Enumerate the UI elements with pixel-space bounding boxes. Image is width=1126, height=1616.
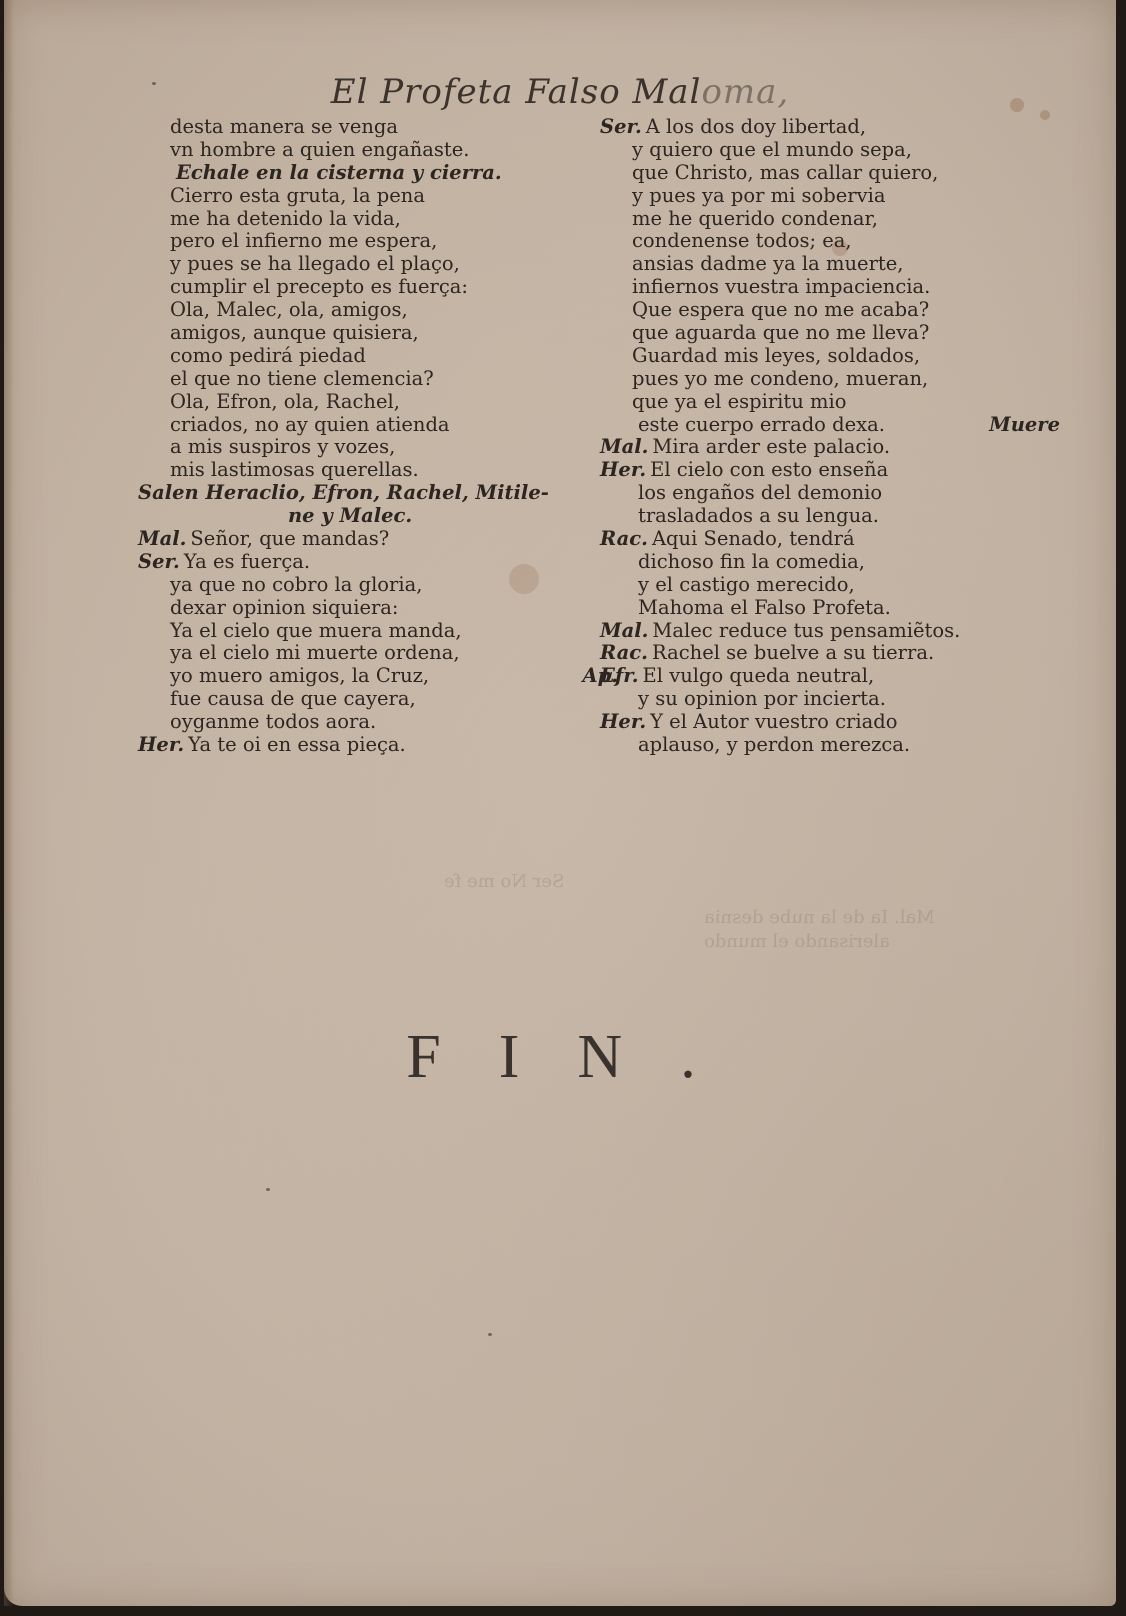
line-text: me he querido condenar, xyxy=(632,207,878,230)
line-text: como pedirá piedad xyxy=(170,344,366,367)
line-text: aplauso, y perdon merezca. xyxy=(638,733,910,756)
line-text: cumplir el precepto es fuerça: xyxy=(170,275,468,298)
verse-line: y pues ya por mi sobervia xyxy=(600,185,1020,208)
stage-direction: Echale en la cisterna y cierra. xyxy=(138,162,578,185)
ink-speck xyxy=(266,1188,270,1191)
line-text: fue causa de que cayera, xyxy=(170,687,416,710)
book-page: Mal. Ia de la nube desnia alerisando el … xyxy=(4,0,1116,1606)
verse-line: oyganme todos aora. xyxy=(138,711,578,734)
line-text: y quiero que el mundo sepa, xyxy=(632,138,912,161)
verse-line: Que espera que no me acaba? xyxy=(600,299,1020,322)
speaker-label: Her. xyxy=(600,458,646,481)
speaker-label: Mal. xyxy=(600,435,648,458)
verse-line: Ola, Efron, ola, Rachel, xyxy=(138,391,578,414)
page-edge-shadow xyxy=(4,0,14,1606)
line-text: vn hombre a quien engañaste. xyxy=(170,138,469,161)
right-column: Ser.A los dos doy libertad, y quiero que… xyxy=(600,116,1020,757)
speaker-label: Mal. xyxy=(600,619,648,642)
verse-line: que Christo, mas callar quiero, xyxy=(600,162,1020,185)
verse-line: Mahoma el Falso Profeta. xyxy=(600,597,1020,620)
verse-line: desta manera se venga xyxy=(138,116,578,139)
verse-line: aplauso, y perdon merezca. xyxy=(600,734,1020,757)
colophon-fin: FIN. xyxy=(4,1022,1116,1093)
speech-line: Mal.Señor, que mandas? xyxy=(138,528,578,551)
running-header: El Profeta Falso Maloma, xyxy=(4,72,1116,112)
speaker-label: Her. xyxy=(138,733,184,756)
line-text: y el castigo merecido, xyxy=(638,573,855,596)
show-through-text: Mal. Ia de la nube desnia xyxy=(704,906,935,929)
verse-line: y el castigo merecido, xyxy=(600,574,1020,597)
verse-line: este cuerpo errado dexa. Muere xyxy=(600,414,1020,437)
verse-line: ansias dadme ya la muerte, xyxy=(600,253,1020,276)
speech-line: Mal.Malec reduce tus pensamiẽtos. xyxy=(600,620,1020,643)
verse-line: Guardad mis leyes, soldados, xyxy=(600,345,1020,368)
verse-line: vn hombre a quien engañaste. xyxy=(138,139,578,162)
line-text: ya que no cobro la gloria, xyxy=(170,573,422,596)
line-text: amigos, aunque quisiera, xyxy=(170,321,419,344)
speech-line: Mal.Mira arder este palacio. xyxy=(600,436,1020,459)
speaker-label: Mal. xyxy=(138,527,186,550)
line-text: dichoso fin la comedia, xyxy=(638,550,865,573)
verse-line: y quiero que el mundo sepa, xyxy=(600,139,1020,162)
verse-line: condenense todos; ea, xyxy=(600,230,1020,253)
stage-direction: ne y Malec. xyxy=(138,505,578,528)
line-text: El vulgo queda neutral, xyxy=(643,664,875,687)
line-text: que Christo, mas callar quiero, xyxy=(632,161,938,184)
verse-line: mis lastimosas querellas. xyxy=(138,459,578,482)
line-text: ya el cielo mi muerte ordena, xyxy=(170,641,460,664)
show-through-text: Ser No me fe xyxy=(444,870,564,893)
line-text: El cielo con esto enseña xyxy=(650,458,888,481)
verse-line: dichoso fin la comedia, xyxy=(600,551,1020,574)
verse-line: y pues se ha llegado el plaço, xyxy=(138,253,578,276)
speaker-label: Efr. xyxy=(600,664,639,687)
speech-line: Efr.El vulgo queda neutral, xyxy=(600,665,1020,688)
verse-line: como pedirá piedad xyxy=(138,345,578,368)
speech-line: Her.El cielo con esto enseña xyxy=(600,459,1020,482)
line-text: los engaños del demonio xyxy=(638,481,882,504)
line-text: y pues ya por mi sobervia xyxy=(632,184,885,207)
line-text: pero el infierno me espera, xyxy=(170,229,437,252)
verse-line: pues yo me condeno, mueran, xyxy=(600,368,1020,391)
verse-line: a mis suspiros y vozes, xyxy=(138,436,578,459)
line-text: Ola, Efron, ola, Rachel, xyxy=(170,390,400,413)
line-text: Que espera que no me acaba? xyxy=(632,298,929,321)
line-text: que ya el espiritu mio xyxy=(632,390,846,413)
line-text: Malec reduce tus pensamiẽtos. xyxy=(652,619,960,642)
line-text: que aguarda que no me lleva? xyxy=(632,321,929,344)
line-text: y pues se ha llegado el plaço, xyxy=(170,252,460,275)
line-text: me ha detenido la vida, xyxy=(170,207,401,230)
left-column: desta manera se venga vn hombre a quien … xyxy=(138,116,578,757)
verse-line: Ya el cielo que muera manda, xyxy=(138,620,578,643)
line-text: Salen Heraclio, Efron, Rachel, Mitile- xyxy=(138,481,549,504)
line-text: condenense todos; ea, xyxy=(632,229,852,252)
line-text: Guardad mis leyes, soldados, xyxy=(632,344,920,367)
line-text: desta manera se venga xyxy=(170,115,398,138)
verse-line: amigos, aunque quisiera, xyxy=(138,322,578,345)
speaker-label: Her. xyxy=(600,710,646,733)
verse-line: fue causa de que cayera, xyxy=(138,688,578,711)
speaker-label: Ser. xyxy=(138,550,180,573)
line-text: el que no tiene clemencia? xyxy=(170,367,434,390)
verse-line: cumplir el precepto es fuerça: xyxy=(138,276,578,299)
speech-line: Rac.Rachel se buelve a su tierra. xyxy=(600,642,1020,665)
running-header-faded-text: oma, xyxy=(701,72,789,112)
verse-line: y su opinion por incierta. xyxy=(600,688,1020,711)
verse-line: infiernos vuestra impaciencia. xyxy=(600,276,1020,299)
line-text: Y el Autor vuestro criado xyxy=(650,710,897,733)
speaker-label: Rac. xyxy=(600,641,648,664)
line-text: Cierro esta gruta, la pena xyxy=(170,184,425,207)
speech-line: Rac.Aqui Senado, tendrá xyxy=(600,528,1020,551)
line-text: Ya el cielo que muera manda, xyxy=(170,619,462,642)
verse-line: el que no tiene clemencia? xyxy=(138,368,578,391)
line-text: Ya es fuerça. xyxy=(184,550,310,573)
verse-line: los engaños del demonio xyxy=(600,482,1020,505)
verse-line: ya el cielo mi muerte ordena, xyxy=(138,642,578,665)
line-text: A los dos doy libertad, xyxy=(646,115,866,138)
line-text: a mis suspiros y vozes, xyxy=(170,435,395,458)
speaker-label: Rac. xyxy=(600,527,648,550)
line-text: Ya te oi en essa pieça. xyxy=(188,733,406,756)
speech-line: Her.Y el Autor vuestro criado xyxy=(600,711,1020,734)
speech-line: Her.Ya te oi en essa pieça. xyxy=(138,734,578,757)
verse-line: me ha detenido la vida, xyxy=(138,208,578,231)
line-text: y su opinion por incierta. xyxy=(638,687,886,710)
line-text: Aqui Senado, tendrá xyxy=(652,527,855,550)
speech-line: Ser.Ya es fuerça. xyxy=(138,551,578,574)
line-text: yo muero amigos, la Cruz, xyxy=(170,664,429,687)
line-text: Mahoma el Falso Profeta. xyxy=(638,596,891,619)
line-text: ansias dadme ya la muerte, xyxy=(632,252,903,275)
line-text: este cuerpo errado dexa. xyxy=(638,413,885,436)
line-text: dexar opinion siquiera: xyxy=(170,596,399,619)
stage-direction: Salen Heraclio, Efron, Rachel, Mitile- xyxy=(138,482,578,505)
speaker-label: Ser. xyxy=(600,115,642,138)
line-text: Ola, Malec, ola, amigos, xyxy=(170,298,408,321)
marginal-stage-note: Muere xyxy=(989,414,1060,437)
line-text: Echale en la cisterna y cierra. xyxy=(176,161,502,184)
verse-line: que aguarda que no me lleva? xyxy=(600,322,1020,345)
running-header-text: El Profeta Falso Mal xyxy=(331,72,702,112)
line-text: ne y Malec. xyxy=(288,504,412,527)
verse-line: Ola, Malec, ola, amigos, xyxy=(138,299,578,322)
verse-line: me he querido condenar, xyxy=(600,208,1020,231)
line-text: mis lastimosas querellas. xyxy=(170,458,419,481)
verse-line: ya que no cobro la gloria, xyxy=(138,574,578,597)
line-text: Mira arder este palacio. xyxy=(652,435,890,458)
verse-line: pero el infierno me espera, xyxy=(138,230,578,253)
line-text: Señor, que mandas? xyxy=(190,527,389,550)
line-text: oyganme todos aora. xyxy=(170,710,376,733)
verse-line: yo muero amigos, la Cruz, Ap. xyxy=(138,665,578,688)
line-text: trasladados a su lengua. xyxy=(638,504,879,527)
speech-line: Ser.A los dos doy libertad, xyxy=(600,116,1020,139)
line-text: criados, no ay quien atienda xyxy=(170,413,450,436)
line-text: pues yo me condeno, mueran, xyxy=(632,367,928,390)
verse-line: trasladados a su lengua. xyxy=(600,505,1020,528)
verse-line: dexar opinion siquiera: xyxy=(138,597,578,620)
verse-line: Cierro esta gruta, la pena xyxy=(138,185,578,208)
verse-line: criados, no ay quien atienda xyxy=(138,414,578,437)
line-text: Rachel se buelve a su tierra. xyxy=(652,641,934,664)
verse-line: que ya el espiritu mio xyxy=(600,391,1020,414)
line-text: infiernos vuestra impaciencia. xyxy=(632,275,930,298)
show-through-text: alerisando el mundo xyxy=(704,930,890,953)
ink-speck xyxy=(488,1333,492,1336)
